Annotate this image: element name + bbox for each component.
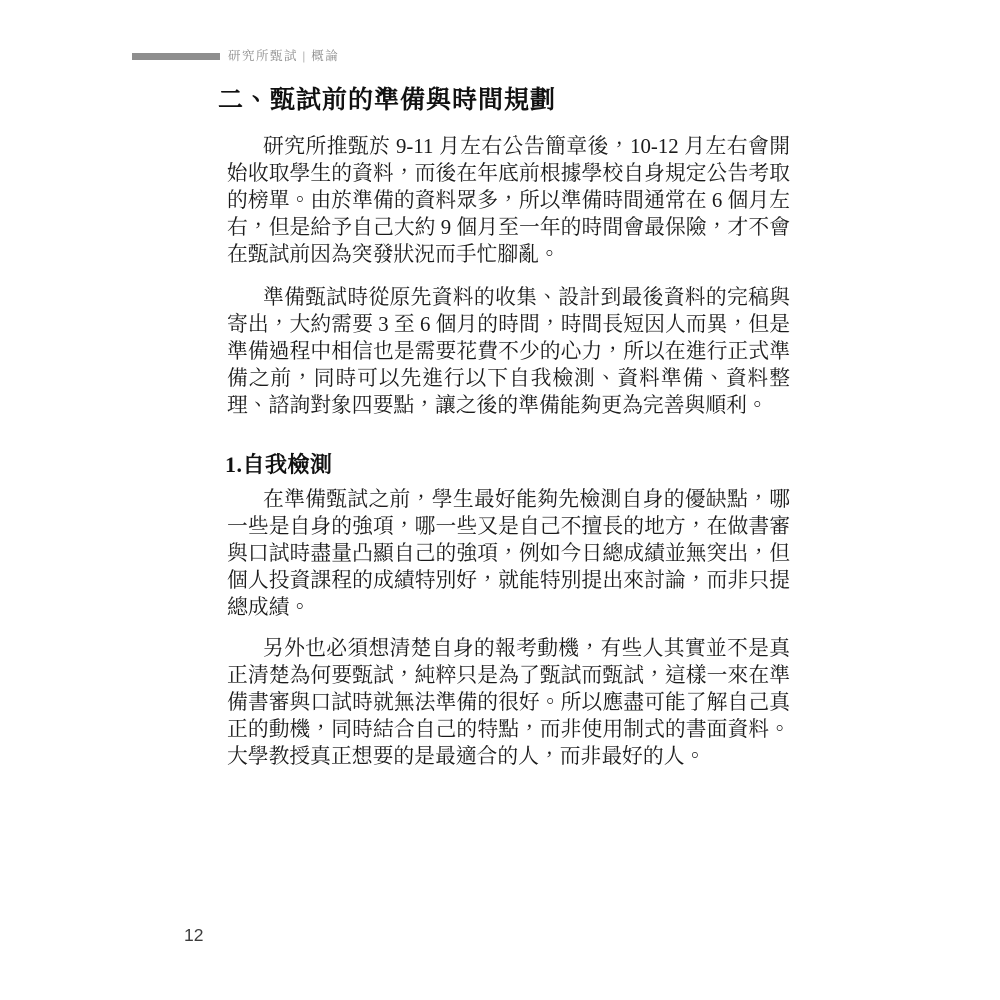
paragraph-strengths-weaknesses: 在準備甄試之前，學生最好能夠先檢測自身的優缺點，哪一些是自身的強項，哪一些又是自… — [227, 486, 790, 621]
main-content: 二、甄試前的準備與時間規劃 研究所推甄於 9-11 月左右公告簡章後，10-12… — [227, 84, 790, 770]
header-decor-bar — [132, 53, 220, 60]
subsection-heading-self-assessment: 1.自我檢測 — [225, 450, 790, 480]
paragraph-preparation-timeline: 研究所推甄於 9-11 月左右公告簡章後，10-12 月左右會開始收取學生的資料… — [227, 133, 790, 268]
running-header-title: 研究所甄試 | 概論 — [228, 47, 339, 65]
running-header: 研究所甄試 | 概論 — [132, 47, 339, 65]
paragraph-preparation-duration: 準備甄試時從原先資料的收集、設計到最後資料的完稿與寄出，大約需要 3 至 6 個… — [227, 284, 790, 419]
section-heading: 二、甄試前的準備與時間規劃 — [218, 84, 790, 118]
book-page: 研究所甄試 | 概論 二、甄試前的準備與時間規劃 研究所推甄於 9-11 月左右… — [0, 0, 1000, 1000]
paragraph-motivation: 另外也必須想清楚自身的報考動機，有些人其實並不是真正清楚為何要甄試，純粹只是為了… — [227, 635, 790, 770]
page-number: 12 — [184, 924, 203, 946]
